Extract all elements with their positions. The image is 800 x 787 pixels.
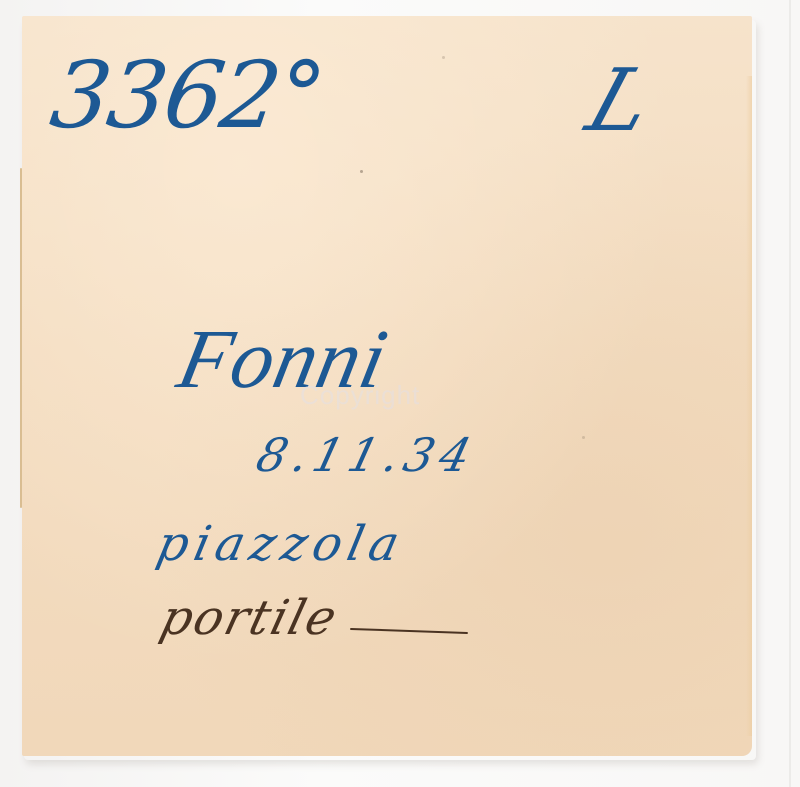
location-note: piazzola [153, 520, 409, 568]
detail-note: portile [156, 594, 343, 642]
date-written: 8.11.34 [252, 432, 481, 478]
paper-fleck [582, 436, 585, 439]
paper-fleck [442, 56, 445, 59]
paper-fleck [360, 170, 363, 173]
background-edge-line [789, 0, 791, 787]
catalog-number: 3362° [46, 50, 329, 142]
photo-scene: 3362° L Fonni 8.11.34 piazzola portile C… [0, 0, 800, 787]
copyright-watermark: Copyright [300, 380, 420, 411]
